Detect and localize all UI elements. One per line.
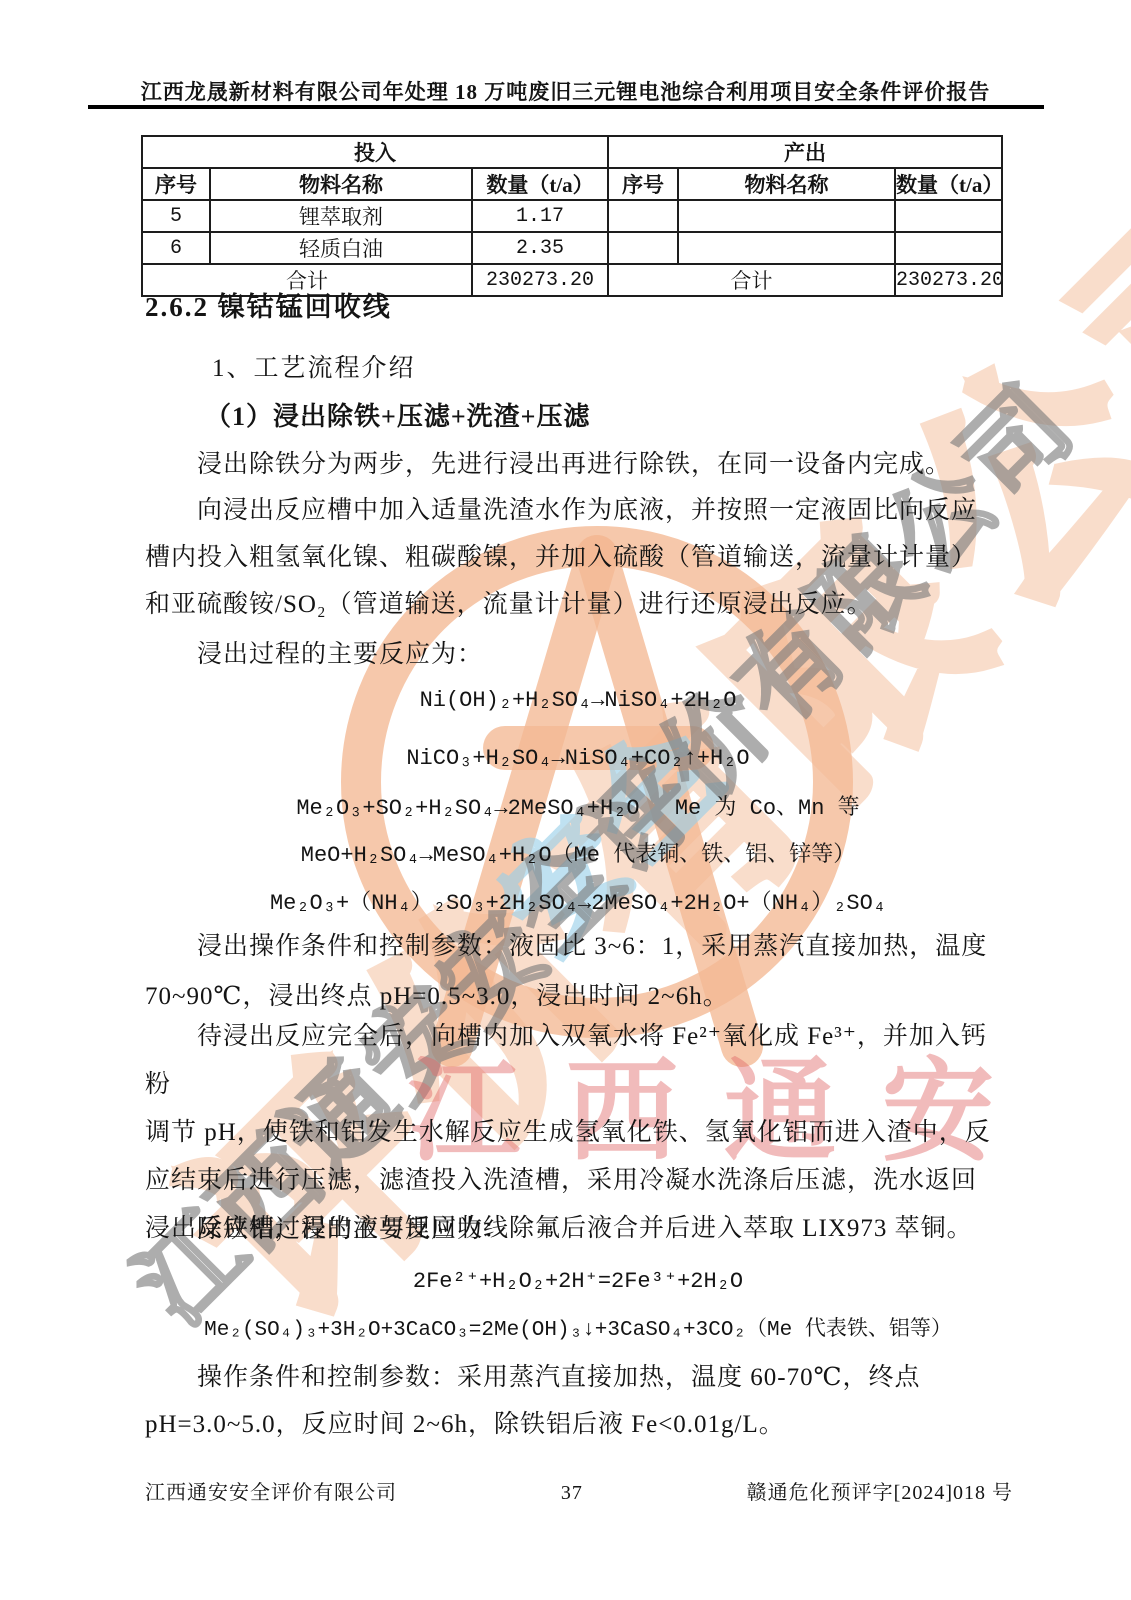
cell-no xyxy=(608,232,678,264)
document-page: 评价有限公司 安全 江西通安安全评价有限公司 江西通安 江西龙晟新材料有限公司年… xyxy=(0,0,1131,1600)
table-row: 5 锂萃取剂 1.17 xyxy=(142,200,1002,232)
materials-balance-table: 投入 产出 序号 物料名称 数量（t/a） 序号 物料名称 数量（t/a） 5 … xyxy=(141,135,1003,297)
cell-material xyxy=(678,232,895,264)
chemical-equation: 2Fe²⁺+H₂O₂+2H⁺=2Fe³⁺+2H₂O xyxy=(145,1267,1011,1297)
chemical-equation: Me₂O₃+（NH₄）₂SO₃+2H₂SO₄→2MeSO₄+2H₂O+（NH₄）… xyxy=(145,889,1011,919)
total-value-output: 230273.20 xyxy=(895,264,1002,296)
cell-material xyxy=(678,200,895,232)
total-value-input: 230273.20 xyxy=(472,264,608,296)
chemical-equation: MeO+H₂SO₄→MeSO₄+H₂O（Me 代表铜、铁、铝、锌等） xyxy=(145,841,1011,871)
col-header-no-out: 序号 xyxy=(608,168,678,200)
section-heading: 2.6.2 镍钴锰回收线 xyxy=(145,285,392,324)
paragraph: 浸出过程的主要反应为： xyxy=(145,630,1011,680)
report-header-title: 江西龙晟新材料有限公司年处理 18 万吨废旧三元锂电池综合利用项目安全条件评价报… xyxy=(0,76,1131,106)
paragraph: 除铁铝过程的主要反应为： xyxy=(145,1205,1011,1255)
cell-no: 6 xyxy=(142,232,210,264)
cell-no: 5 xyxy=(142,200,210,232)
cell-material: 轻质白油 xyxy=(210,232,472,264)
col-header-qty-out: 数量（t/a） xyxy=(895,168,1002,200)
chemical-equation: Me₂(SO₄)₃+3H₂O+3CaCO₃=2Me(OH)₃↓+3CaSO₄+3… xyxy=(145,1316,1011,1346)
process-intro-item: 1、工艺流程介绍 xyxy=(212,348,416,384)
cell-qty xyxy=(895,232,1002,264)
col-header-material-out: 物料名称 xyxy=(678,168,895,200)
total-label-output: 合计 xyxy=(608,264,895,296)
footer-doc-ref: 赣通危化预评字[2024]018 号 xyxy=(747,1476,1013,1505)
chemical-equation: Ni(OH)₂+H₂SO₄→NiSO₄+2H₂O xyxy=(145,686,1011,716)
footer-company: 江西通安安全评价有限公司 xyxy=(145,1476,397,1505)
table-row: 6 轻质白油 2.35 xyxy=(142,232,1002,264)
paragraph: 向浸出反应槽中加入适量洗渣水作为底液，并按照一定液固比向反应 槽内投入粗氢氧化镍… xyxy=(145,487,1011,628)
footer-page-number: 37 xyxy=(561,1482,583,1505)
chemical-equation: NiCO₃+H₂SO₄→NiSO₄+CO₂↑+H₂O xyxy=(145,744,1011,774)
cell-qty: 2.35 xyxy=(472,232,608,264)
chemical-equation: Me₂O₃+SO₂+H₂SO₄→2MeSO₄+H₂O Me 为 Co、Mn 等 xyxy=(145,794,1011,824)
group-header-output: 产出 xyxy=(608,136,1002,168)
cell-qty: 1.17 xyxy=(472,200,608,232)
paragraph: 操作条件和控制参数：采用蒸汽直接加热，温度 60-70℃，终点 pH=3.0~5… xyxy=(145,1354,1011,1448)
col-header-qty-in: 数量（t/a） xyxy=(472,168,608,200)
col-header-no-in: 序号 xyxy=(142,168,210,200)
page-footer: 江西通安安全评价有限公司 37 赣通危化预评字[2024]018 号 xyxy=(145,1476,1013,1505)
cell-no xyxy=(608,200,678,232)
header-rule xyxy=(88,105,1044,109)
paragraph: 浸出操作条件和控制参数：液固比 3~6：1，采用蒸汽直接加热，温度 70~90℃… xyxy=(145,922,1011,1022)
group-header-input: 投入 xyxy=(142,136,608,168)
process-step-heading: （1）浸出除铁+压滤+洗渣+压滤 xyxy=(205,396,590,433)
cell-material: 锂萃取剂 xyxy=(210,200,472,232)
table-group-header-row: 投入 产出 xyxy=(142,136,1002,168)
cell-qty xyxy=(895,200,1002,232)
paragraph: 浸出除铁分为两步，先进行浸出再进行除铁，在同一设备内完成。 xyxy=(145,440,1011,490)
table-column-header-row: 序号 物料名称 数量（t/a） 序号 物料名称 数量（t/a） xyxy=(142,168,1002,200)
col-header-material-in: 物料名称 xyxy=(210,168,472,200)
